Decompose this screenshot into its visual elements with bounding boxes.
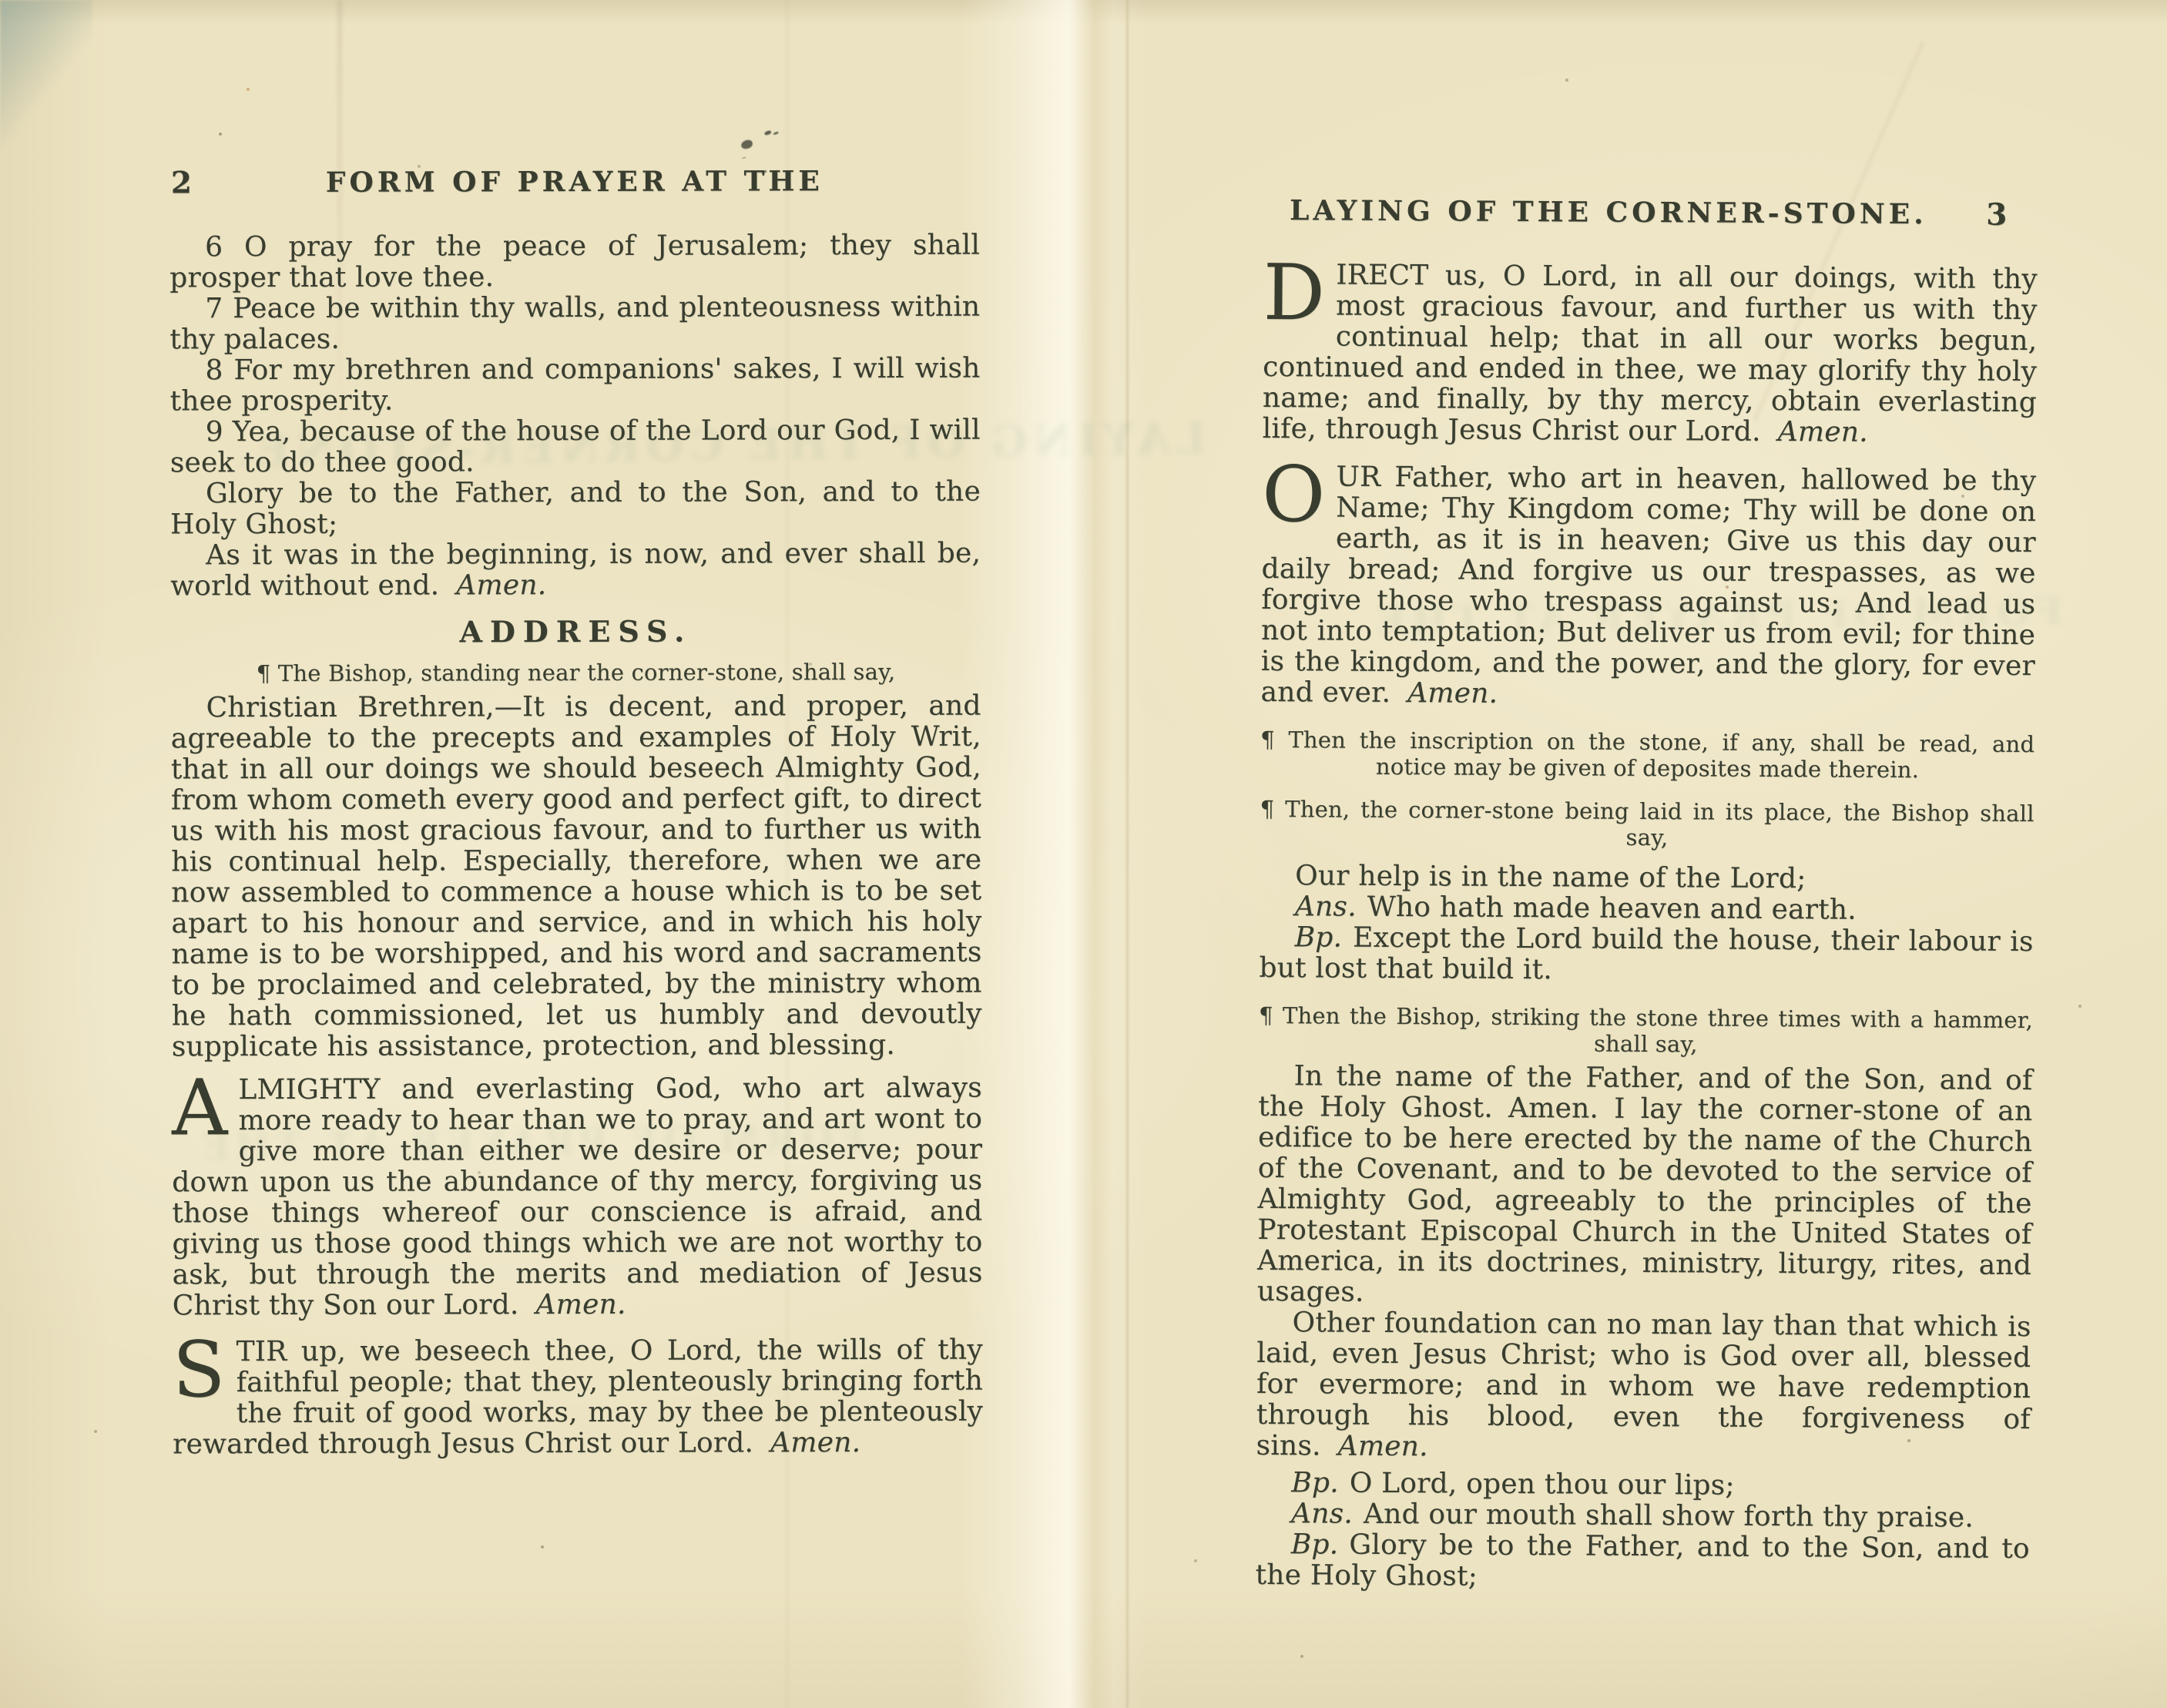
rubric-stone-laid: ¶ Then, the corner-stone being laid in i…: [1260, 796, 2034, 853]
drop-cap-initial: S: [173, 1337, 236, 1401]
running-header: LAYING OF THE CORNER-STONE.: [1221, 192, 1995, 233]
ink-smudge: [740, 139, 753, 149]
corner-shadow: [0, 0, 92, 146]
versicle-prefix: Bp.: [1295, 921, 1343, 953]
amen-text: Amen.: [770, 1427, 860, 1458]
amen-text: Amen.: [535, 1289, 626, 1320]
prayer-text: IRECT us, O Lord, in all our doings, wit…: [1263, 260, 2038, 448]
drop-cap-initial: D: [1263, 260, 1337, 325]
amen-text: Amen.: [1407, 677, 1498, 710]
versicle-prefix: Bp.: [1291, 1467, 1339, 1498]
paper-specks: [219, 133, 222, 136]
amen-text: Amen.: [1338, 1431, 1428, 1463]
prayer-stir-up: STIR up, we beseech thee, O Lord, the wi…: [173, 1335, 983, 1461]
gloria-patri: Glory be to the Father, and to the Son, …: [170, 477, 981, 541]
versicle: Bp.Glory be to the Father, and to the So…: [1255, 1529, 2029, 1596]
rubric-hammer: ¶ Then the Bishop, striking the stone th…: [1259, 1002, 2033, 1059]
versicle-prefix: Bp.: [1291, 1528, 1339, 1560]
psalm-verse: 8 For my brethren and companions' sakes,…: [169, 354, 980, 418]
amen-text: Amen.: [1778, 416, 1868, 448]
left-page: 2 FORM OF PRAYER AT THE 6 O pray for the…: [169, 163, 983, 1461]
drop-cap-initial: O: [1262, 461, 1337, 527]
prayer-direct: DIRECT us, O Lord, in all our doings, wi…: [1263, 260, 2038, 449]
book-scan-background: LAYING OF THE CORNER-STONE. FORM OF PRAY…: [0, 0, 2167, 1708]
versicle: Bp.Except the Lord build the house, thei…: [1259, 922, 2033, 988]
versicle-prefix: Ans.: [1295, 891, 1357, 922]
gloria-text: As it was in the beginning, is now, and …: [170, 538, 981, 602]
address-heading: ADDRESS.: [170, 612, 981, 652]
address-paragraph: Christian Brethren,—It is decent, and pr…: [171, 691, 982, 1063]
laying-declaration: In the name of the Father, and of the So…: [1257, 1061, 2033, 1312]
versicle-text: O Lord, open thou our lips;: [1350, 1468, 1735, 1502]
lords-prayer: OUR Father, who art in heaven, hallowed …: [1260, 461, 2036, 713]
foundation-paragraph: Other foundation can no man lay than tha…: [1256, 1307, 2031, 1466]
rubric-inscription: ¶ Then the inscription on the stone, if …: [1260, 726, 2034, 784]
center-fold-shadow: [961, 0, 1146, 1708]
running-header: FORM OF PRAYER AT THE: [169, 163, 980, 202]
prayer-text: UR Father, who art in heaven, hallowed b…: [1260, 461, 2036, 709]
psalm-verse: 6 O pray for the peace of Jerusalem; the…: [169, 230, 980, 294]
drop-cap-initial: A: [172, 1075, 239, 1139]
fold-seam-line: [1126, 0, 1129, 1708]
address-rubric: ¶ The Bishop, standing near the corner-s…: [170, 659, 981, 687]
versicle-text: Glory be to the Father, and to the Son, …: [1255, 1529, 2029, 1592]
left-page-header: 2 FORM OF PRAYER AT THE: [169, 163, 980, 202]
versicle-prefix: Ans.: [1291, 1498, 1353, 1529]
prayer-text: TIR up, we beseech thee, O Lord, the wil…: [173, 1334, 983, 1461]
prayer-almighty: ALMIGHTY and everlasting God, who art al…: [172, 1073, 983, 1322]
right-page-header: LAYING OF THE CORNER-STONE. 3: [1263, 192, 2038, 233]
prayer-text: LMIGHTY and everlasting God, who art alw…: [172, 1072, 982, 1322]
amen-text: Amen.: [456, 569, 546, 601]
versicle-text: Except the Lord build the house, their l…: [1259, 922, 2033, 986]
page-number: 3: [1986, 196, 2007, 233]
psalm-verse: 7 Peace be within thy walls, and plenteo…: [169, 292, 980, 356]
versicle-text: Our help is in the name of the Lord;: [1295, 860, 1806, 894]
gloria-patri-ending: As it was in the beginning, is now, and …: [170, 539, 981, 602]
right-page: LAYING OF THE CORNER-STONE. 3 DIRECT us,…: [1255, 192, 2038, 1596]
versicle-text: And our mouth shall show forth thy prais…: [1364, 1498, 1974, 1534]
psalm-verse: 9 Yea, because of the house of the Lord …: [170, 415, 981, 479]
versicle-text: Who hath made heaven and earth.: [1367, 891, 1857, 926]
